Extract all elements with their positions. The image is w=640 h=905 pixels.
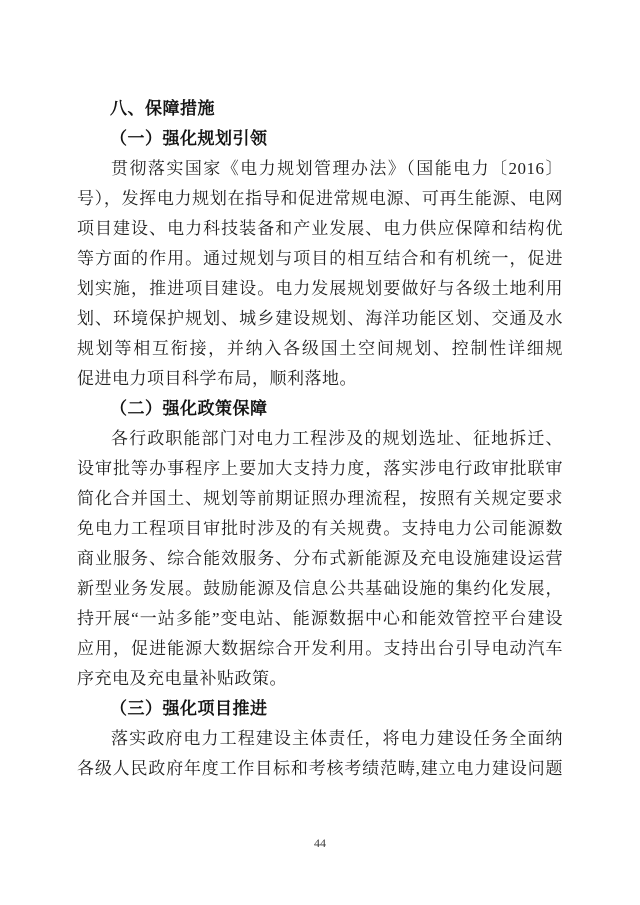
- body-text-line: 号），发挥电力规划在指导和促进常规电源、可再生能源、电网: [77, 184, 563, 214]
- body-text-line: 新型业务发展。鼓励能源及信息公共基础设施的集约化发展，支: [77, 574, 563, 604]
- body-text-line: 贯彻落实国家《电力规划管理办法》（国能电力〔2016〕139: [77, 154, 563, 184]
- body-text-line: 项目建设、电力科技装备和产业发展、电力供应保障和结构优化: [77, 214, 563, 244]
- body-text-line: 应用，促进能源大数据综合开发利用。支持出台引导电动汽车有: [77, 634, 563, 664]
- body-text-line: 序充电及充电量补贴政策。: [77, 664, 563, 694]
- heading-line: 八、保障措施: [77, 94, 563, 124]
- body-text-line: 免电力工程项目审批时涉及的有关规费。支持电力公司能源数据: [77, 514, 563, 544]
- body-text-line: 各级人民政府年度工作目标和考核考绩范畴,建立电力建设问题: [77, 754, 563, 784]
- body-text-line: 设审批等办事程序上要加大支持力度，落实涉电行政审批联审制，: [77, 454, 563, 484]
- document-content: 八、保障措施（一）强化规划引领贯彻落实国家《电力规划管理办法》（国能电力〔201…: [77, 94, 563, 784]
- body-text-line: 商业服务、综合能效服务、分布式新能源及充电设施建设运营等: [77, 544, 563, 574]
- body-text-line: 划实施，推进项目建设。电力发展规划要做好与各级土地利用规: [77, 274, 563, 304]
- body-text-line: 简化合并国土、规划等前期证照办理流程，按照有关规定要求减: [77, 484, 563, 514]
- body-text-line: 持开展“一站多能”变电站、能源数据中心和能效管控平台建设: [77, 604, 563, 634]
- heading-line: （一）强化规划引领: [77, 124, 563, 154]
- body-text-line: 落实政府电力工程建设主体责任，将电力建设任务全面纳入: [77, 724, 563, 754]
- body-text-line: 划、环境保护规划、城乡建设规划、海洋功能区划、交通及水利: [77, 304, 563, 334]
- body-text-line: 等方面的作用。通过规划与项目的相互结合和有机统一，促进规: [77, 244, 563, 274]
- heading-line: （三）强化项目推进: [77, 694, 563, 724]
- document-page: 八、保障措施（一）强化规划引领贯彻落实国家《电力规划管理办法》（国能电力〔201…: [0, 0, 640, 905]
- heading-line: （二）强化政策保障: [77, 394, 563, 424]
- body-text-line: 规划等相互衔接，并纳入各级国土空间规划、控制性详细规划，: [77, 334, 563, 364]
- body-text-line: 各行政职能部门对电力工程涉及的规划选址、征地拆迁、建: [77, 424, 563, 454]
- body-text-line: 促进电力项目科学布局，顺利落地。: [77, 364, 563, 394]
- page-number: 44: [0, 836, 640, 851]
